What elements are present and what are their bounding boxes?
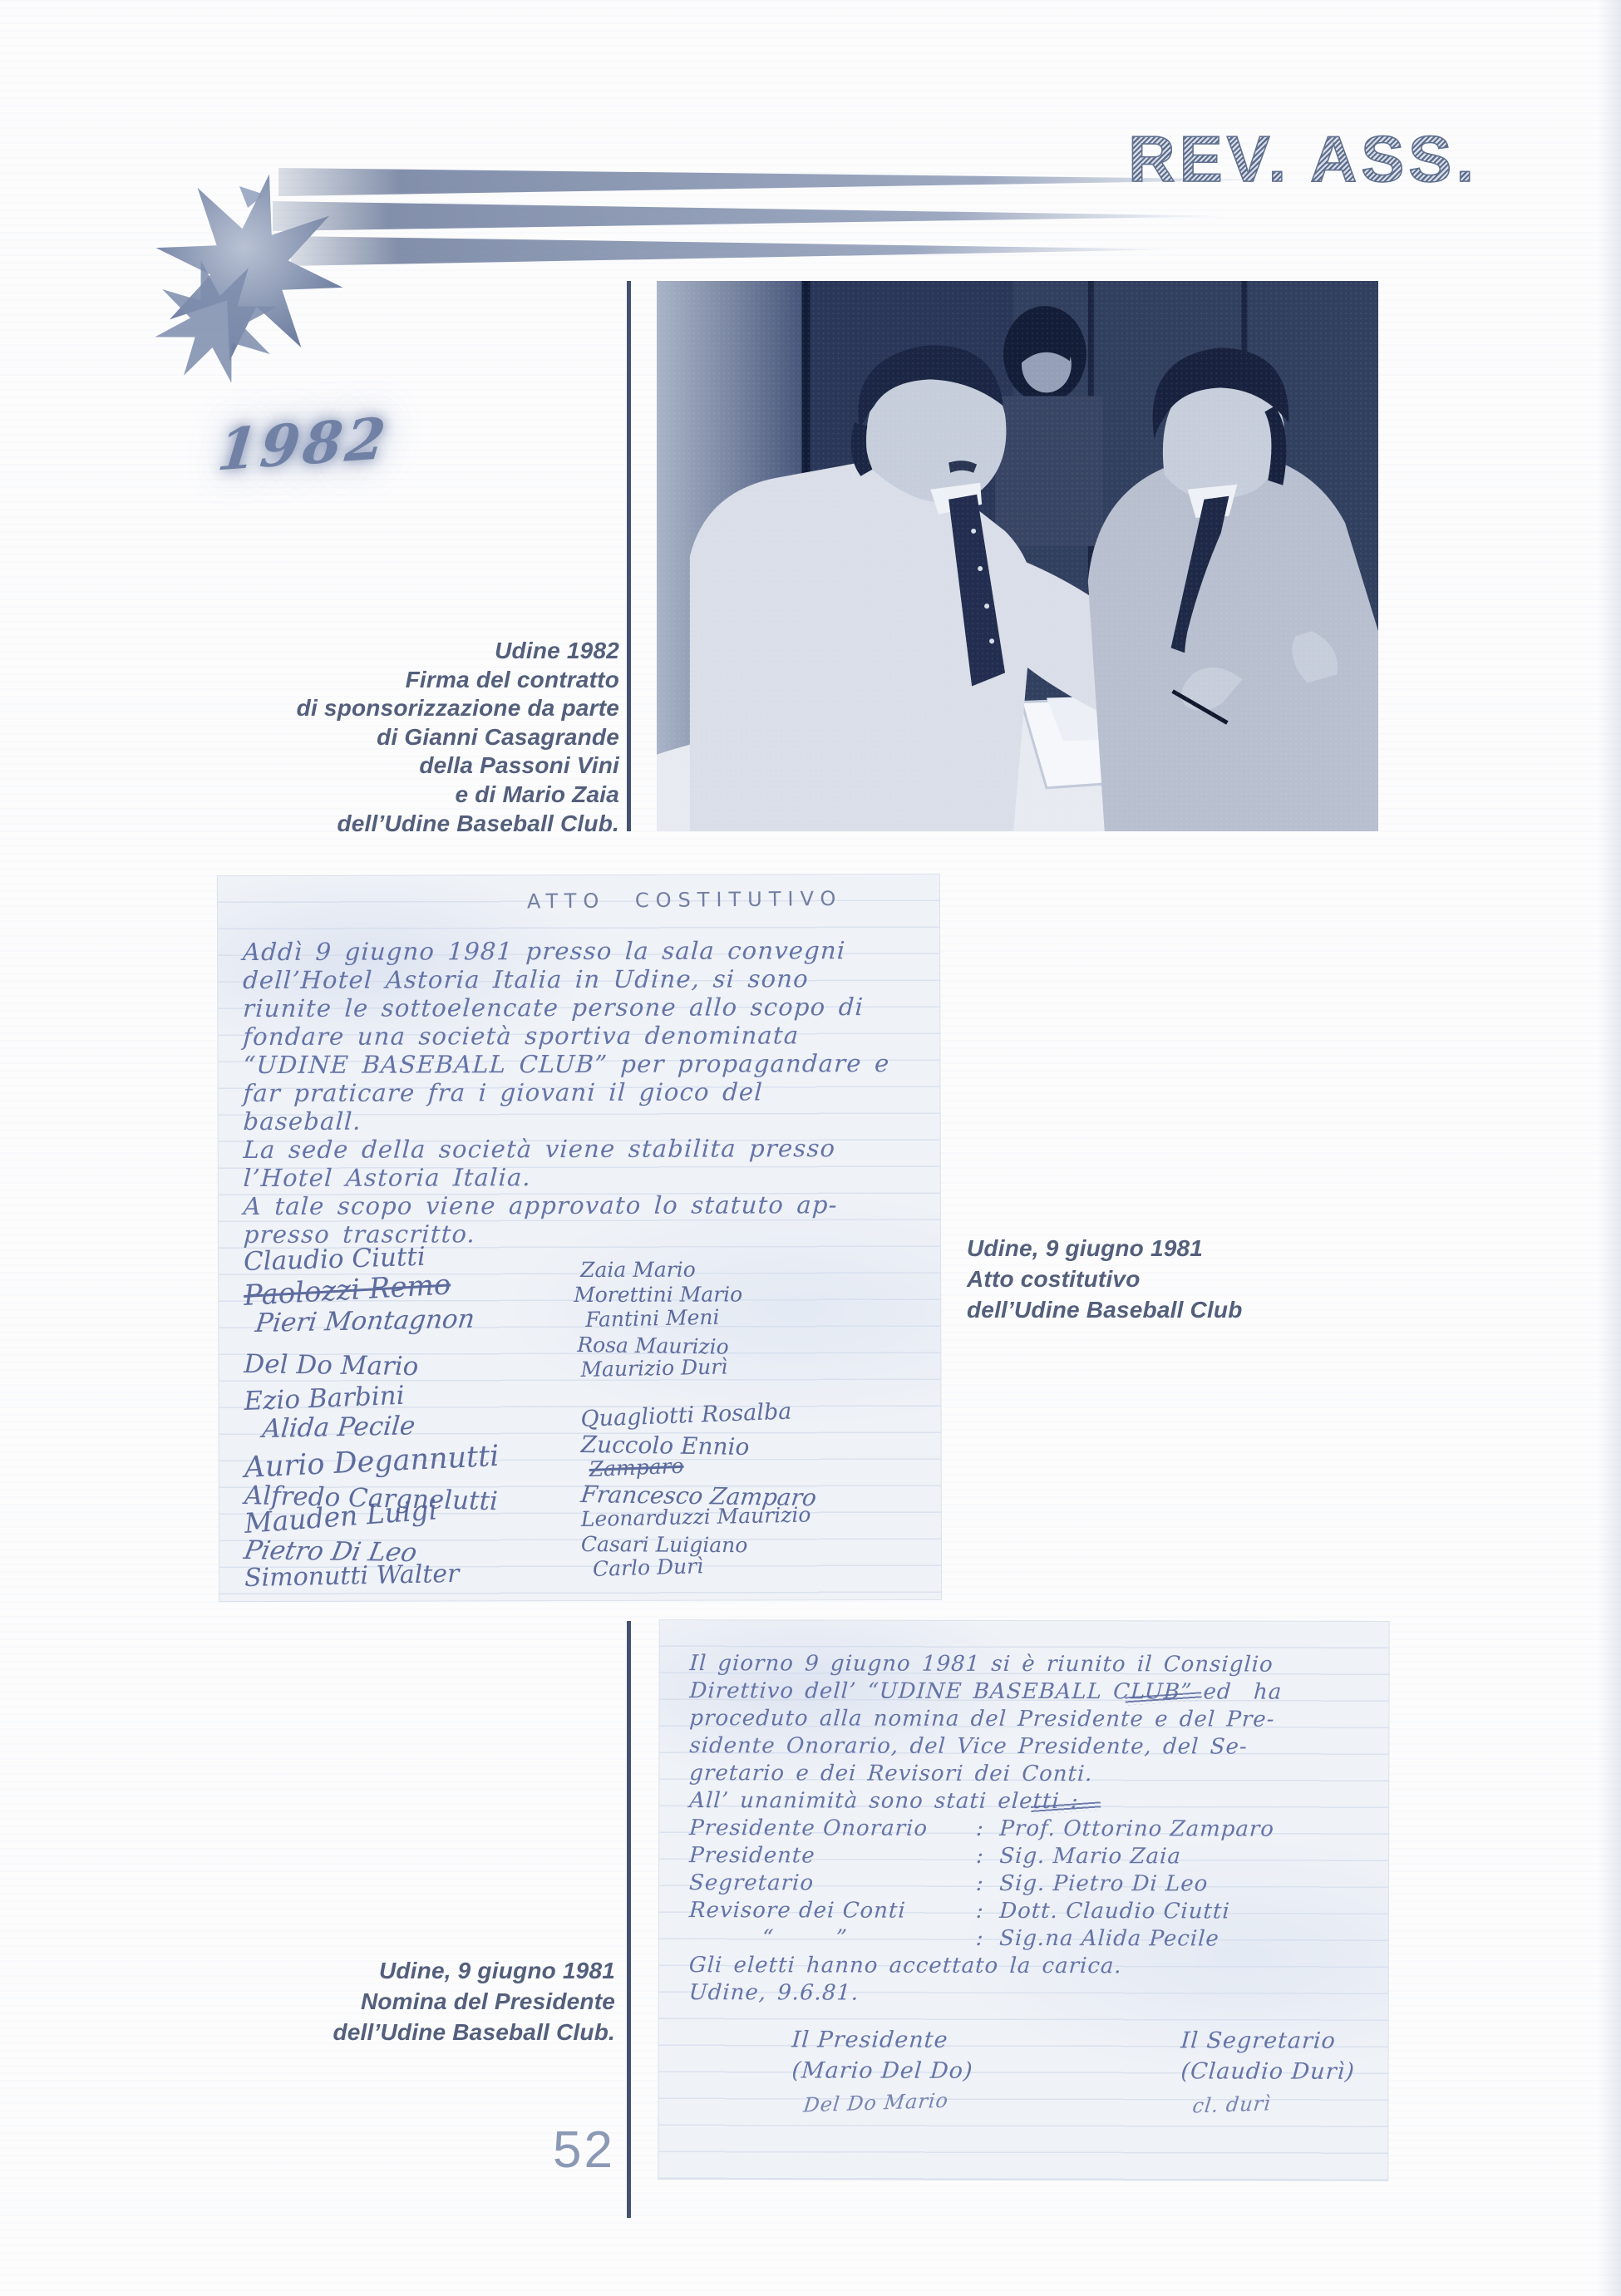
handwritten-line: far praticare fra i giovani il gioco del (243, 1077, 933, 1107)
handwritten-line: A tale scopo viene approvato lo statuto … (243, 1190, 933, 1220)
handwritten-line: All’ unanimità sono stati eletti : (688, 1787, 1372, 1816)
year-heading: 1982 (214, 407, 392, 482)
document-body: Addì 9 giugno 1981 presso la sala conveg… (243, 936, 932, 1249)
atto-caption: Udine, 9 giugno 1981 Atto costitutivo de… (967, 1233, 1432, 1325)
caption-line: dell’Udine Baseball Club (967, 1294, 1432, 1325)
role-row: “ ”: Sig.na Alida Pecile (688, 1924, 1372, 1954)
photo-side-rule (627, 281, 631, 831)
role-holder: : Sig.na Alida Pecile (975, 1925, 1220, 1954)
role-label: Presidente (688, 1842, 977, 1870)
caption-line: Udine 1982 (137, 637, 619, 666)
role-label: “ ” (688, 1924, 977, 1953)
signoff-role: Il Segretario (1180, 2025, 1388, 2057)
handwritten-line: fondare una società sportiva denominata (243, 1021, 933, 1051)
document-body: Il giorno 9 giugno 1981 si è riunito il … (689, 1650, 1372, 2008)
document-title: ATTO COSTITUTIVO (527, 887, 843, 914)
caption-line: Nomina del Presidente (133, 1986, 615, 2017)
caption-line: di Gianni Casagrande (137, 723, 619, 752)
handwritten-line: Gli eletti hanno accettato la carica. (688, 1952, 1372, 1981)
handwritten-line: Il giorno 9 giugno 1981 si è riunito il … (689, 1650, 1372, 1679)
document-side-rule (627, 1621, 631, 2218)
handwritten-line: riunite le sottoelencate persone allo sc… (242, 993, 932, 1022)
role-label: Revisore dei Conti (688, 1897, 977, 1925)
signoff-role: Il Presidente (791, 2024, 1042, 2056)
document-atto-costitutivo: ATTO COSTITUTIVO Addì 9 giugno 1981 pres… (218, 875, 941, 1601)
page-number: 52 (532, 2125, 615, 2176)
handwritten-line: Addì 9 giugno 1981 presso la sala conveg… (242, 936, 932, 966)
photo-caption: Udine 1982 Firma del contratto di sponso… (137, 637, 619, 838)
handwritten-line: l’Hotel Astoria Italia. (243, 1162, 933, 1192)
caption-line: dell’Udine Baseball Club. (137, 810, 619, 839)
caption-line: Atto costitutivo (967, 1264, 1432, 1294)
signature-column-left: Claudio Ciutti Paolozzi Remo Pieri Monta… (244, 1248, 581, 1592)
scanned-book-page: REV. ASS. 1982 (0, 0, 1621, 2296)
signoff-name: (Claudio Durì) (1180, 2056, 1388, 2087)
caption-line: di sponsorizzazione da parte (137, 694, 619, 723)
nomina-caption: Udine, 9 giugno 1981 Nomina del Presiden… (133, 1955, 615, 2047)
president-signoff: Il Presidente (Mario Del Do) Del Do Mari… (791, 2024, 1041, 2117)
role-holder: : Sig. Mario Zaia (975, 1843, 1182, 1871)
role-row: Presidente: Sig. Mario Zaia (688, 1842, 1372, 1871)
handwritten-line: proceduto alla nomina del Presidente e d… (689, 1705, 1372, 1734)
signature: Quagliotti Rosalba (580, 1395, 914, 1432)
caption-line: Udine, 9 giugno 1981 (133, 1955, 615, 1986)
document-nomina-presidente: Il giorno 9 giugno 1981 si è riunito il … (658, 1620, 1388, 2180)
role-holder: : Dott. Claudio Ciutti (975, 1898, 1231, 1926)
caption-line: Firma del contratto (137, 666, 619, 695)
role-row: Segretario: Sig. Pietro Di Leo (688, 1870, 1372, 1899)
handwritten-line: Udine, 9.6.81. (688, 1979, 1372, 2008)
caption-line: Udine, 9 giugno 1981 (967, 1233, 1432, 1264)
photo-contract-signing (657, 281, 1378, 831)
signature: Pieri Montagnon (254, 1303, 582, 1338)
role-label: Presidente Onorario (688, 1815, 977, 1843)
role-label: Segretario (688, 1870, 977, 1898)
signature-column-right: Zaia Mario Morettini Mario Fantini Meni … (580, 1247, 914, 1591)
signature-columns: Claudio Ciutti Paolozzi Remo Pieri Monta… (244, 1247, 926, 1592)
role-holder: : Prof. Ottorino Zamparo (975, 1816, 1275, 1844)
signoff-block: Il Presidente (Mario Del Do) Del Do Mari… (659, 2024, 1388, 2026)
signature: Alida Pecile (261, 1409, 582, 1443)
caption-line: e di Mario Zaia (137, 781, 619, 810)
section-badge: REV. ASS. (1128, 126, 1478, 191)
signoff-name: (Mario Del Do) (791, 2055, 1042, 2087)
handwritten-line: gretario e dei Revisori dei Conti. (688, 1760, 1372, 1789)
handwritten-line: Direttivo dell’ “UDINE BASEBALL CLUB” ed… (689, 1678, 1372, 1707)
signature: Simonutti Walter (244, 1558, 582, 1592)
handwritten-line: baseball. (243, 1106, 933, 1136)
handwritten-line: La sede della società viene stabilita pr… (243, 1134, 933, 1164)
caption-line: della Passoni Vini (137, 751, 619, 781)
handwritten-line: “UDINE BASEBALL CLUB” per propagandare e (243, 1049, 933, 1079)
caption-line: dell’Udine Baseball Club. (133, 2017, 615, 2047)
role-row: Revisore dei Conti: Dott. Claudio Ciutti (688, 1897, 1372, 1926)
handwritten-line: sidente Onorario, del Vice Presidente, d… (688, 1732, 1372, 1761)
role-row: Presidente Onorario: Prof. Ottorino Zamp… (688, 1815, 1372, 1844)
signature: cl. durì (1191, 2083, 1389, 2122)
handwritten-line: dell’Hotel Astoria Italia in Udine, si s… (242, 964, 932, 994)
signature: Aurio Degannutti (244, 1439, 581, 1482)
secretary-signoff: Il Segretario (Claudio Durì) cl. durì (1180, 2025, 1388, 2118)
role-holder: : Sig. Pietro Di Leo (975, 1870, 1209, 1899)
signature: Del Do Mario (802, 2082, 1043, 2121)
signature: Zaia Mario (580, 1257, 913, 1283)
